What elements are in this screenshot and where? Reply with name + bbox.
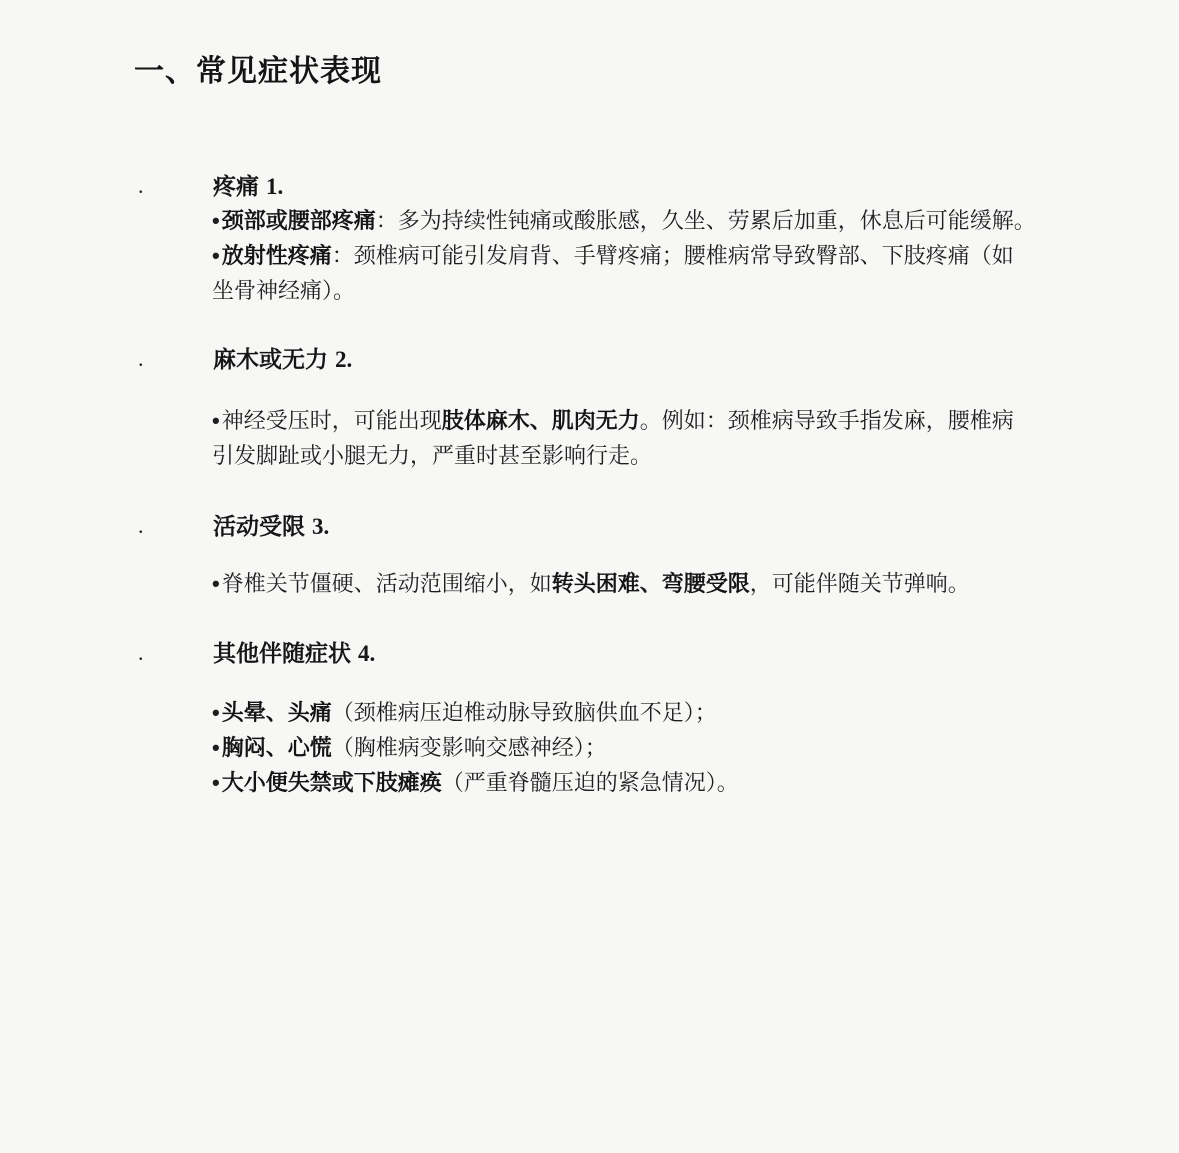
section-3-heading-text: 活动受限 xyxy=(213,513,305,539)
section-2-heading-text: 麻木或无力 xyxy=(213,346,328,372)
section-1-heading-text: 疼痛 xyxy=(213,173,259,199)
section-1-bullet-1: •颈部或腰部疼痛：多为持续性钝痛或酸胀感，久坐、劳累后加重，休息后可能缓解。 xyxy=(212,206,1036,236)
section-3-heading: 活动受限3. xyxy=(213,511,329,542)
bullet-text-pre: 引发脚趾或小腿无力，严重时甚至影响行走。 xyxy=(212,443,652,468)
bullet-text-bold: 大小便失禁或下肢瘫痪 xyxy=(222,770,442,795)
bullet-text-bold: 胸闷、心慌 xyxy=(222,735,332,760)
section-2-heading: 麻木或无力2. xyxy=(213,344,352,375)
bullet-text-post: ：多为持续性钝痛或酸胀感，久坐、劳累后加重，休息后可能缓解。 xyxy=(376,208,1036,233)
section-4-heading-text: 其他伴随症状 xyxy=(213,640,351,666)
section-1-bullet-2-continuation: 坐骨神经痛）。 xyxy=(212,276,355,306)
section-2-bullet-1-continuation: 引发脚趾或小腿无力，严重时甚至影响行走。 xyxy=(212,441,652,471)
section-2-bullet-1: •神经受压时，可能出现肢体麻木、肌肉无力。例如：颈椎病导致手指发麻，腰椎病 xyxy=(212,406,1014,436)
section-1-number: 1. xyxy=(266,174,283,199)
bullet-text-post: ，可能伴随关节弹响。 xyxy=(750,571,970,596)
section-4-bullet-1: •头晕、头痛（颈椎病压迫椎动脉导致脑供血不足）； xyxy=(212,698,717,728)
bullet-text-post: ：颈椎病可能引发肩背、手臂疼痛；腰椎病常导致臀部、下肢疼痛（如 xyxy=(332,243,1014,268)
bullet-text-bold: 颈部或腰部疼痛 xyxy=(222,208,376,233)
section-2-number: 2. xyxy=(335,347,352,372)
bullet-icon: • xyxy=(212,700,220,725)
bullet-text-post: （严重脊髓压迫的紧急情况）。 xyxy=(442,770,739,795)
document-page: 一、常见症状表现 . 疼痛1. •颈部或腰部疼痛：多为持续性钝痛或酸胀感，久坐、… xyxy=(0,0,1179,1153)
section-4-number: 4. xyxy=(358,641,375,666)
bullet-icon: • xyxy=(212,735,220,760)
bullet-text-bold: 转头困难、弯腰受限 xyxy=(552,571,750,596)
bullet-icon: • xyxy=(212,243,220,268)
section-4-bullet-2: •胸闷、心慌（胸椎病变影响交感神经）； xyxy=(212,733,607,763)
bullet-icon: • xyxy=(212,770,220,795)
bullet-text-pre: 脊椎关节僵硬、活动范围缩小，如 xyxy=(222,571,552,596)
section-3-margin-dot: . xyxy=(138,511,150,541)
section-3-bullet-1: •脊椎关节僵硬、活动范围缩小，如转头困难、弯腰受限，可能伴随关节弹响。 xyxy=(212,569,970,599)
bullet-icon: • xyxy=(212,208,220,233)
bullet-text-pre: 坐骨神经痛）。 xyxy=(212,278,355,303)
bullet-text-bold: 肢体麻木、肌肉无力 xyxy=(442,408,640,433)
section-4-heading: 其他伴随症状4. xyxy=(213,638,375,669)
bullet-icon: • xyxy=(212,408,220,433)
bullet-text-post: 。例如：颈椎病导致手指发麻，腰椎病 xyxy=(640,408,1014,433)
document-title: 一、常见症状表现 xyxy=(134,53,382,91)
bullet-text-post: （颈椎病压迫椎动脉导致脑供血不足）； xyxy=(332,700,717,725)
bullet-icon: • xyxy=(212,571,220,596)
section-3-number: 3. xyxy=(312,514,329,539)
section-1-margin-dot: . xyxy=(138,171,150,201)
section-1-bullet-2: •放射性疼痛：颈椎病可能引发肩背、手臂疼痛；腰椎病常导致臀部、下肢疼痛（如 xyxy=(212,241,1014,271)
bullet-text-post: （胸椎病变影响交感神经）； xyxy=(332,735,607,760)
section-4-bullet-3: •大小便失禁或下肢瘫痪（严重脊髓压迫的紧急情况）。 xyxy=(212,768,739,798)
section-1-heading: 疼痛1. xyxy=(213,171,283,202)
section-4-margin-dot: . xyxy=(138,638,150,668)
bullet-text-pre: 神经受压时，可能出现 xyxy=(222,408,442,433)
bullet-text-bold: 放射性疼痛 xyxy=(222,243,332,268)
section-2-margin-dot: . xyxy=(138,344,150,374)
bullet-text-bold: 头晕、头痛 xyxy=(222,700,332,725)
